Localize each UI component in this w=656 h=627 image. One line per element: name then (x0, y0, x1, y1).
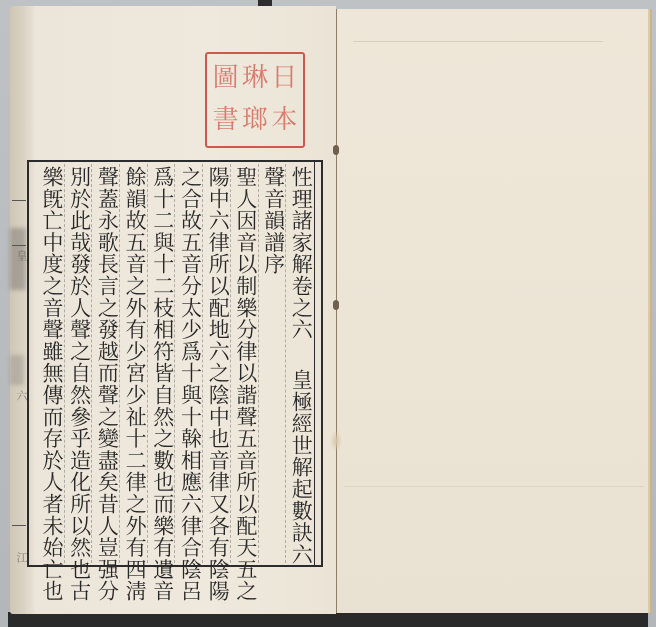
running-title: 性理諸家解卷之六 (286, 166, 315, 340)
left-page-edge (10, 6, 26, 614)
text-column: 陽中六律所以配地六之陰中也音律又各有陰陽 (202, 164, 230, 563)
paper-fold-line (353, 41, 603, 42)
body-text: 聲蓋永歌長言之發越而聲之變盡矣昔人豈强分 (92, 166, 121, 602)
binding-knot (333, 300, 339, 310)
section-title: 聲音韻譜序 (259, 166, 288, 275)
text-column: 樂旣亡中度之音聲雖無傳而存於人者未始亡也 (37, 164, 64, 563)
seal-char: 瑯 (240, 100, 269, 142)
text-frame: 性理諸家解卷之六 皇極經世解起數訣六 聲音韻譜序 聖人因音以制樂分律以諧聲五音所… (27, 160, 323, 567)
paper-fold-line (344, 486, 644, 487)
body-text: 樂旣亡中度之音聲雖無傳而存於人者未始亡也 (37, 166, 66, 602)
gutter-bracket (12, 245, 26, 246)
body-text: 陽中六律所以配地六之陰中也音律又各有陰陽 (203, 166, 232, 602)
red-seal-stamp: 日 琳 圖 本 瑯 書 (205, 52, 305, 148)
body-text: 之合故五音分太少爲十與十榦相應六律合陰呂 (175, 166, 204, 602)
binding-stitch-line (336, 9, 337, 613)
body-text: 聖人因音以制樂分律以諧聲五音所以配天五之 (231, 166, 260, 602)
running-title-tail: 皇極經世解起數訣六 (286, 369, 315, 565)
bottom-shadow (8, 612, 648, 627)
text-column: 聖人因音以制樂分律以諧聲五音所以配天五之 (230, 164, 258, 563)
text-columns: 性理諸家解卷之六 皇極經世解起數訣六 聲音韻譜序 聖人因音以制樂分律以諧聲五音所… (37, 164, 313, 563)
wear-spot (330, 430, 342, 452)
seal-char: 書 (211, 100, 240, 142)
seal-char: 琳 (240, 58, 269, 100)
seal-char: 圖 (211, 58, 240, 100)
seal-char: 本 (270, 100, 299, 142)
text-column: 之合故五音分太少爲十與十榦相應六律合陰呂 (174, 164, 202, 563)
binding-knot (333, 145, 339, 155)
body-text: 爲十二與十二枝相符皆自然之數也而樂有遺音 (148, 166, 177, 602)
gutter-bracket (12, 200, 26, 201)
body-text: 餘韻故五音之外有少宮少祉十二律之外有四淸 (120, 166, 149, 602)
text-column: 聲蓋永歌長言之發越而聲之變盡矣昔人豈强分 (91, 164, 119, 563)
gutter-bracket (12, 525, 26, 526)
text-column: 爲十二與十二枝相符皆自然之數也而樂有遺音 (147, 164, 175, 563)
text-column: 別於此哉發於人聲之自然參乎造化所以然也古 (64, 164, 92, 563)
text-column-running-title: 性理諸家解卷之六 皇極經世解起數訣六 (285, 164, 313, 563)
gutter-smudge (10, 355, 24, 385)
text-column: 餘韻故五音之外有少宮少祉十二律之外有四淸 (119, 164, 147, 563)
right-page-blank (337, 9, 652, 613)
text-column-section-title: 聲音韻譜序 (258, 164, 286, 563)
body-text: 別於此哉發於人聲之自然參乎造化所以然也古 (65, 166, 94, 602)
seal-char: 日 (270, 58, 299, 100)
